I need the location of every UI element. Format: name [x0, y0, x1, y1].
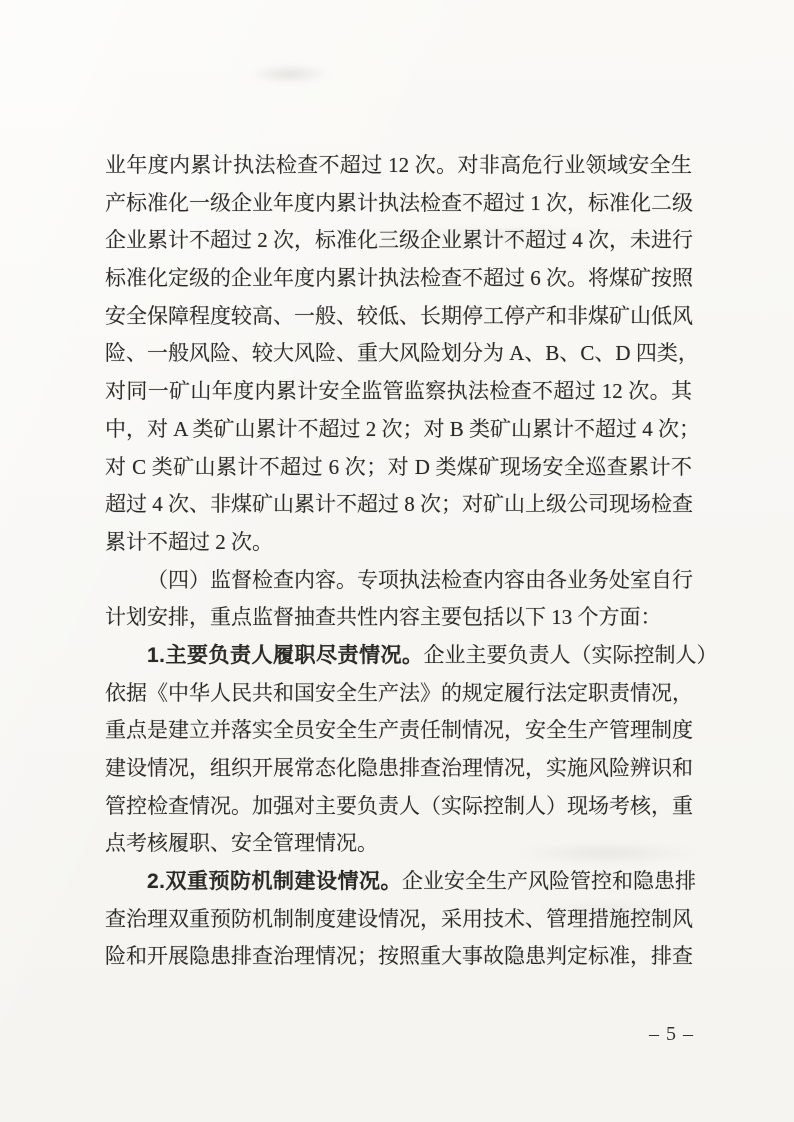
text-run: 安全保障程度较高、一般、较低、长期停工停产和非煤矿山低风: [105, 304, 693, 328]
text-line: 对同一矿山年度内累计安全监管监察执法检查不超过 12 次。其: [105, 373, 692, 411]
text-run: 对 C 类矿山累计不超过 6 次；对 D 类煤矿现场安全巡查累计不: [105, 455, 692, 479]
text-line: 查治理双重预防机制制度建设情况，采用技术、管理措施控制风: [105, 901, 692, 939]
text-line: （四）监督检查内容。专项执法检查内容由各业务处室自行: [105, 562, 692, 600]
text-run: （四）监督检查内容。专项执法检查内容由各业务处室自行: [147, 568, 693, 592]
text-line: 中，对 A 类矿山累计不超过 2 次；对 B 类矿山累计不超过 4 次；: [105, 411, 692, 449]
text-line: 对 C 类矿山累计不超过 6 次；对 D 类煤矿现场安全巡查累计不: [105, 449, 692, 487]
text-line: 产标准化一级企业年度内累计执法检查不超过 1 次，标准化二级: [105, 185, 692, 223]
text-run: 险和开展隐患排查治理情况；按照重大事故隐患判定标准，排查: [105, 944, 693, 968]
text-run: 险、一般风险、较大风险、重大风险划分为 A、B、C、D 四类，: [105, 341, 699, 365]
text-run: 对同一矿山年度内累计安全监管监察执法检查不超过 12 次。其: [105, 379, 692, 403]
text-line: 计划安排，重点监督抽查共性内容主要包括以下 13 个方面：: [105, 599, 692, 637]
body-text: 业年度内累计执法检查不超过 12 次。对非高危行业领域安全生产标准化一级企业年度…: [105, 147, 692, 976]
paragraph-lead: 1.主要负责人履职尽责情况。: [147, 644, 424, 667]
text-run: 建设情况，组织开展常态化隐患排查治理情况，实施风险辨识和: [105, 756, 693, 780]
text-run: 点考核履职、安全管理情况。: [105, 831, 378, 855]
text-line: 重点是建立并落实全员安全生产责任制情况，安全生产管理制度: [105, 712, 692, 750]
text-line: 依据《中华人民共和国安全生产法》的规定履行法定职责情况，: [105, 675, 692, 713]
text-line: 险和开展隐患排查治理情况；按照重大事故隐患判定标准，排查: [105, 938, 692, 976]
text-line: 企业累计不超过 2 次，标准化三级企业累计不超过 4 次，未进行: [105, 222, 692, 260]
document-page: 业年度内累计执法检查不超过 12 次。对非高危行业领域安全生产标准化一级企业年度…: [0, 0, 794, 1122]
text-line: 1.主要负责人履职尽责情况。企业主要负责人（实际控制人）: [105, 637, 692, 675]
text-run: 计划安排，重点监督抽查共性内容主要包括以下 13 个方面：: [105, 605, 662, 629]
scan-artifact: [250, 64, 330, 84]
text-line: 点考核履职、安全管理情况。: [105, 825, 692, 863]
text-line: 业年度内累计执法检查不超过 12 次。对非高危行业领域安全生: [105, 147, 692, 185]
text-run: 业年度内累计执法检查不超过 12 次。对非高危行业领域安全生: [105, 153, 692, 177]
text-run: 产标准化一级企业年度内累计执法检查不超过 1 次，标准化二级: [105, 191, 693, 215]
text-run: 依据《中华人民共和国安全生产法》的规定履行法定职责情况，: [105, 681, 693, 705]
text-run: 累计不超过 2 次。: [105, 530, 273, 554]
text-run: 超过 4 次、非煤矿山累计不超过 8 次；对矿山上级公司现场检查: [105, 492, 693, 516]
text-line: 建设情况，组织开展常态化隐患排查治理情况，实施风险辨识和: [105, 750, 692, 788]
text-line: 险、一般风险、较大风险、重大风险划分为 A、B、C、D 四类，: [105, 335, 692, 373]
text-run: 查治理双重预防机制制度建设情况，采用技术、管理措施控制风: [105, 907, 693, 931]
text-line: 2.双重预防机制建设情况。企业安全生产风险管控和隐患排: [105, 863, 692, 901]
text-line: 累计不超过 2 次。: [105, 524, 692, 562]
page-number: – 5 –: [649, 1023, 694, 1046]
text-run: 中，对 A 类矿山累计不超过 2 次；对 B 类矿山累计不超过 4 次；: [105, 417, 700, 441]
text-run: 企业安全生产风险管控和隐患排: [402, 869, 696, 893]
text-line: 超过 4 次、非煤矿山累计不超过 8 次；对矿山上级公司现场检查: [105, 486, 692, 524]
text-line: 管控检查情况。加强对主要负责人（实际控制人）现场考核，重: [105, 788, 692, 826]
text-run: 企业累计不超过 2 次，标准化三级企业累计不超过 4 次，未进行: [105, 228, 693, 252]
text-run: 标准化定级的企业年度内累计执法检查不超过 6 次。将煤矿按照: [105, 266, 693, 290]
text-run: 企业主要负责人（实际控制人）: [424, 643, 718, 667]
text-run: 重点是建立并落实全员安全生产责任制情况，安全生产管理制度: [105, 718, 693, 742]
text-line: 安全保障程度较高、一般、较低、长期停工停产和非煤矿山低风: [105, 298, 692, 336]
text-run: 管控检查情况。加强对主要负责人（实际控制人）现场考核，重: [105, 794, 693, 818]
text-line: 标准化定级的企业年度内累计执法检查不超过 6 次。将煤矿按照: [105, 260, 692, 298]
paragraph-lead: 2.双重预防机制建设情况。: [147, 870, 402, 893]
